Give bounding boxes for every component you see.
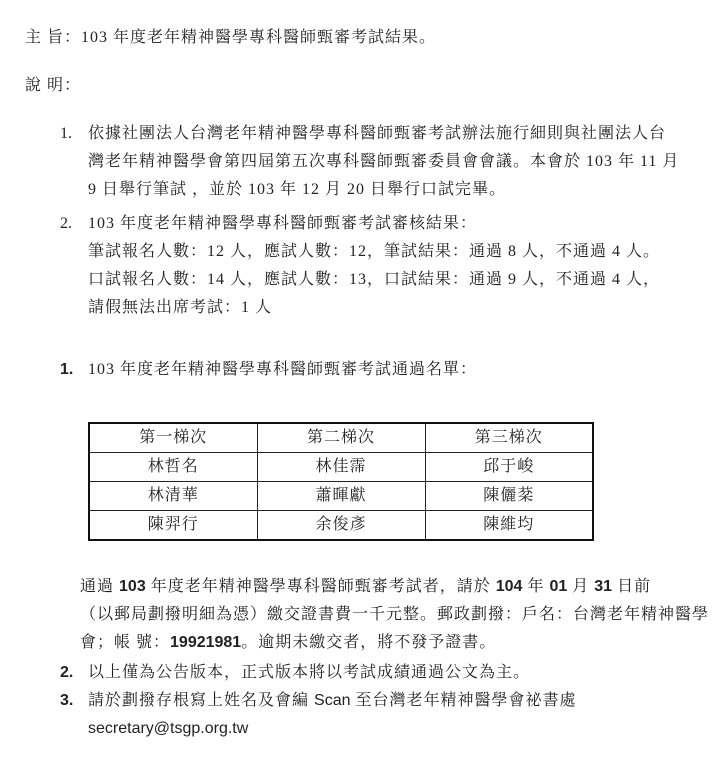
payment-text: 會；帳 號：: [80, 634, 170, 651]
payment-line-2: （以郵局劃撥明細為憑）繳交證書費一千元整。郵政劃撥：戶名：台灣老年精神醫學: [80, 601, 725, 629]
subject-text: 103 年度老年精神醫學專科醫師甄審考試結果。: [81, 29, 436, 46]
table-row: 林清華 蕭暉獻 陳儷棻: [89, 482, 593, 511]
table-cell: 林哲名: [89, 453, 257, 482]
item-line: 口試報名人數：14 人，應試人數：13，口試結果：通過 9 人，不通過 4 人，: [88, 266, 725, 294]
notice-item-3: 3. 請於劃撥存根寫上姓名及會編 Scan 至台灣老年精神醫學會祕書處 secr…: [0, 687, 725, 743]
notice-text-segment: 至台灣老年精神醫學會祕書處: [350, 692, 576, 709]
item-line: 筆試報名人數：12 人，應試人數：12，筆試結果：通過 8 人，不通過 4 人。: [88, 238, 725, 266]
secretary-email: secretary@tsgp.org.tw: [88, 715, 725, 743]
explanation-list: 1. 依據社團法人台灣老年精神醫學專科醫師甄審考試辦法施行細則與社團法人台 灣老…: [0, 120, 725, 322]
table-row: 林哲名 林佳霈 邱于峻: [89, 453, 593, 482]
explanation-item-2: 2. 103 年度老年精神醫學專科醫師甄審考試審核結果： 筆試報名人數：12 人…: [0, 210, 725, 322]
item-line: 灣老年精神醫學會第四屆第五次專科醫師甄審委員會會議。本會於 103 年 11 月: [88, 148, 725, 176]
table-cell: 邱于峻: [425, 453, 593, 482]
table-row: 陳羿行 余俊彥 陳維均: [89, 511, 593, 541]
table-cell: 陳儷棻: [425, 482, 593, 511]
item-text: 依據社團法人台灣老年精神醫學專科醫師甄審考試辦法施行細則與社團法人台 灣老年精神…: [88, 120, 725, 204]
item-line: 9 日舉行筆試 ，並於 103 年 12 月 20 日舉行口試完畢。: [88, 176, 725, 204]
payment-bold-number: 31: [594, 578, 612, 595]
payment-paragraph: 通過 103 年度老年精神醫學專科醫師甄審考試者，請於 104 年 01 月 3…: [80, 573, 725, 657]
item-line: 103 年度老年精神醫學專科醫師甄審考試審核結果：: [88, 210, 725, 238]
table-header-cell: 第三梯次: [425, 423, 593, 453]
table-cell: 蕭暉獻: [257, 482, 425, 511]
scan-word: Scan: [314, 692, 350, 709]
roster-heading-item: 1. 103 年度老年精神醫學專科醫師甄審考試通過名單：: [0, 356, 725, 384]
table-cell: 陳維均: [425, 511, 593, 541]
notice-text: 以上僅為公告版本，正式版本將以考試成績通過公文為主。: [88, 659, 725, 687]
payment-text: 通過: [80, 578, 119, 595]
payment-account-number: 19921981: [170, 634, 241, 651]
item-text: 103 年度老年精神醫學專科醫師甄審考試審核結果： 筆試報名人數：12 人，應試…: [88, 210, 725, 322]
document-page: 主 旨：103 年度老年精神醫學專科醫師甄審考試結果。 說 明： 1. 依據社團…: [0, 0, 725, 763]
payment-line-1: 通過 103 年度老年精神醫學專科醫師甄審考試者，請於 104 年 01 月 3…: [80, 573, 725, 601]
item-number-bold: 1.: [60, 356, 88, 384]
table-header-cell: 第一梯次: [89, 423, 257, 453]
pass-roster-table: 第一梯次 第二梯次 第三梯次 林哲名 林佳霈 邱于峻 林清華 蕭暉獻 陳儷棻 陳…: [88, 422, 594, 541]
roster-heading: 103 年度老年精神醫學專科醫師甄審考試通過名單：: [88, 356, 725, 384]
subject-line: 主 旨：103 年度老年精神醫學專科醫師甄審考試結果。: [25, 24, 725, 52]
explanation-item-1: 1. 依據社團法人台灣老年精神醫學專科醫師甄審考試辦法施行細則與社團法人台 灣老…: [0, 120, 725, 204]
table-header-cell: 第二梯次: [257, 423, 425, 453]
item-line: 依據社團法人台灣老年精神醫學專科醫師甄審考試辦法施行細則與社團法人台: [88, 120, 725, 148]
payment-line-3: 會；帳 號：19921981。逾期未繳交者，將不發予證書。: [80, 629, 725, 657]
payment-bold-number: 103: [119, 578, 146, 595]
payment-text: 月: [567, 578, 594, 595]
table-cell: 陳羿行: [89, 511, 257, 541]
table-header-row: 第一梯次 第二梯次 第三梯次: [89, 423, 593, 453]
notice-text: 請於劃撥存根寫上姓名及會編 Scan 至台灣老年精神醫學會祕書處: [88, 687, 725, 715]
table-cell: 余俊彥: [257, 511, 425, 541]
item-line: 請假無法出席考試：1 人: [88, 294, 725, 322]
notice-text-segment: 請於劃撥存根寫上姓名及會編: [88, 692, 314, 709]
table-cell: 林清華: [89, 482, 257, 511]
payment-text: 日前: [612, 578, 651, 595]
payment-text: 年度老年精神醫學專科醫師甄審考試者，請於: [146, 578, 496, 595]
payment-text: 年: [522, 578, 549, 595]
subject-label: 主 旨：: [25, 29, 81, 46]
item-number-bold: 3.: [60, 687, 88, 743]
table-cell: 林佳霈: [257, 453, 425, 482]
item-number: 1.: [60, 120, 88, 204]
payment-bold-number: 01: [549, 578, 567, 595]
item-number: 2.: [60, 210, 88, 322]
explanation-label: 說 明：: [25, 72, 725, 100]
payment-text: 。逾期未繳交者，將不發予證書。: [241, 634, 496, 651]
payment-bold-number: 104: [496, 578, 523, 595]
notice-item-2: 2. 以上僅為公告版本，正式版本將以考試成績通過公文為主。: [0, 659, 725, 687]
item-number-bold: 2.: [60, 659, 88, 687]
